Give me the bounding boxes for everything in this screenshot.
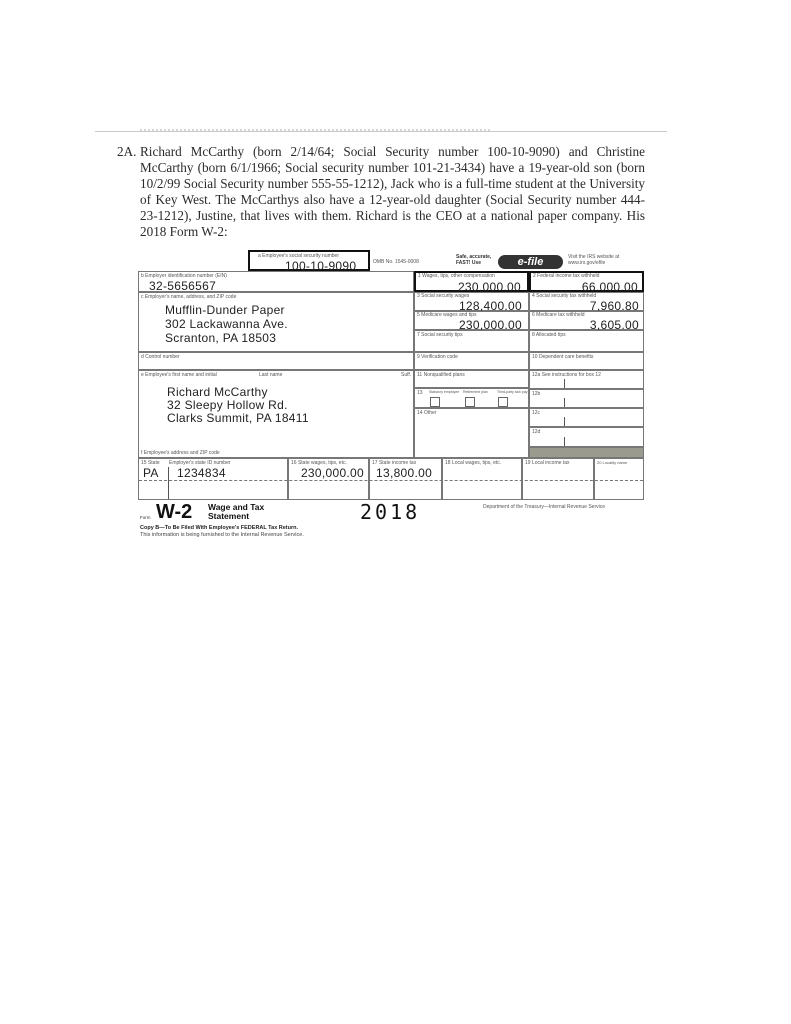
box-4: 4 Social security tax withheld 7,960.80 (529, 292, 644, 311)
tax-year: 2018 (360, 500, 420, 524)
box-12a: 12a See instructions for box 12 (529, 370, 644, 389)
problem-paragraph: 2A. Richard McCarthy (born 2/14/64; Soci… (117, 144, 645, 241)
retirement-plan-checkbox[interactable] (465, 397, 475, 407)
employer-street: 302 Lackawanna Ave. (165, 317, 288, 331)
box-14: 14 Other (414, 408, 529, 458)
box-2: 2 Federal income tax withheld 66,000.00 (529, 271, 644, 292)
box-10: 10 Dependent care benefits (529, 352, 644, 370)
box-17: 17 State income tax 13,800.00 (369, 458, 442, 500)
cropped-previous-line (140, 124, 490, 131)
page-divider (95, 131, 667, 132)
w2-form: a Employee's social security number 100-… (138, 250, 644, 500)
box-3: 3 Social security wages 128,400.00 (414, 292, 529, 311)
box-16: 16 State wages, tips, etc. 230,000.00 (288, 458, 369, 500)
box-1: 1 Wages, tips, other compensation 230,00… (414, 271, 529, 292)
copy-b-note: Copy B—To Be Filed With Employee's FEDER… (140, 525, 298, 531)
box-c-employer: c Employer's name, address, and ZIP code… (138, 292, 414, 352)
box-12d: 12d (529, 427, 644, 447)
irs-note: Visit the IRS website at www.irs.gov/efi… (568, 254, 643, 266)
box-19: 19 Local income tax (522, 458, 594, 500)
info-note: This information is being furnished to t… (140, 532, 304, 538)
box-5: 5 Medicare wages and tips 230,000.00 (414, 311, 529, 330)
employee-name: Richard McCarthy (167, 385, 268, 399)
dashed-divider (139, 480, 643, 481)
box-18: 18 Local wages, tips, etc. (442, 458, 522, 500)
omb-number: OMB No. 1545-0008 (373, 259, 419, 265)
efile-logo: e-file (498, 255, 563, 269)
shaded-area (529, 447, 644, 458)
box-6: 6 Medicare tax withheld 3,605.00 (529, 311, 644, 330)
box-b-ein: b Employer identification number (EIN) 3… (138, 271, 414, 292)
problem-text: Richard McCarthy (born 2/14/64; Social S… (140, 144, 645, 241)
box-d-control: d Control number (138, 352, 414, 370)
department: Department of the Treasury—Internal Reve… (483, 504, 605, 510)
state-id: 1234834 (177, 466, 226, 480)
box-12c: 12c (529, 408, 644, 427)
employer-ein: 32-5656567 (149, 279, 216, 293)
employer-name: Mufflin-Dunder Paper (165, 303, 285, 317)
third-party-sick-pay-checkbox[interactable] (498, 397, 508, 407)
form-title: Wage and Tax Statement (208, 503, 278, 521)
efile-note: Safe, accurate, FAST! Use (456, 254, 496, 266)
employee-street: 32 Sleepy Hollow Rd. (167, 398, 288, 412)
box-e-employee: e Employee's first name and initial Last… (138, 370, 414, 458)
state-code: PA (143, 466, 159, 480)
box-9: 9 Verification code (414, 352, 529, 370)
box-8: 8 Allocated tips (529, 330, 644, 352)
box-15: 15 State Employer's state ID number PA 1… (138, 458, 288, 500)
box-20: 20 Locality name (594, 458, 644, 500)
employer-city: Scranton, PA 18503 (165, 331, 276, 345)
box-7: 7 Social security tips (414, 330, 529, 352)
problem-number: 2A. (117, 144, 136, 160)
box-12b: 12b (529, 389, 644, 408)
form-name: W-2 (156, 501, 192, 524)
statutory-employee-checkbox[interactable] (430, 397, 440, 407)
box-11: 11 Nonqualified plans (414, 370, 529, 388)
box-13: 13 Statutory employee Retirement plan Th… (414, 388, 529, 408)
box-a-ssn: a Employee's social security number 100-… (248, 250, 370, 271)
employee-city: Clarks Summit, PA 18411 (167, 411, 309, 425)
